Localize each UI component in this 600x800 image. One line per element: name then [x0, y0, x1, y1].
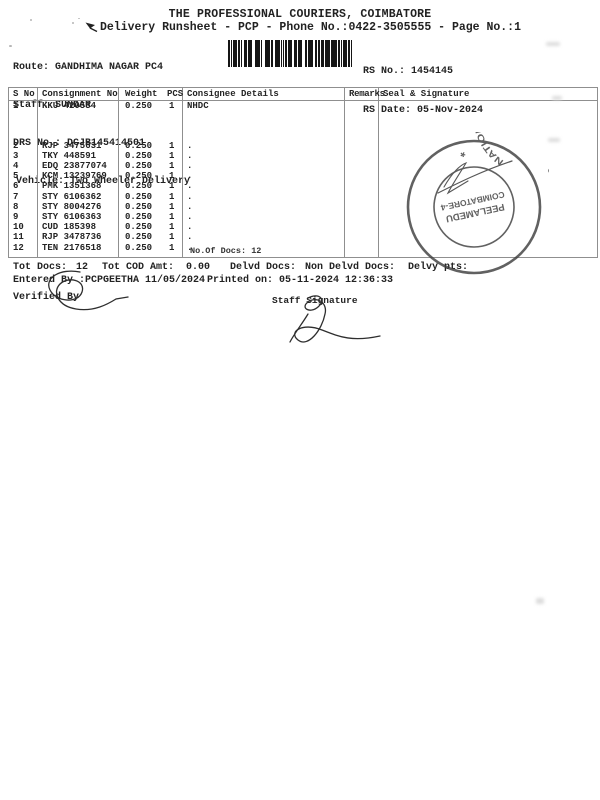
cell-consignee: .	[183, 192, 345, 202]
cell-weight-pcs: 0.2501	[119, 243, 183, 253]
scanned-delivery-runsheet: THE PROFESSIONAL COURIERS, COIMBATORE De…	[0, 0, 600, 800]
cell-weight: 0.250	[123, 212, 163, 222]
cell-sno: 5	[9, 171, 38, 181]
cell-sno: 12	[9, 243, 38, 253]
cell-sno: 3	[9, 151, 38, 161]
cell-consignee: .	[183, 232, 345, 242]
cell-consignment: STY 6106362	[38, 192, 119, 202]
cell-weight: 0.250	[123, 232, 163, 242]
cell-sno: 11	[9, 232, 38, 242]
tot-docs-value: 12	[76, 262, 88, 273]
docs-count-note: No.Of Docs: 12	[190, 246, 261, 256]
cell-weight-pcs: 0.2501	[119, 171, 183, 181]
cell-remarks	[345, 253, 379, 258]
cell-consignee: .	[183, 141, 345, 151]
cell-sno: 7	[9, 192, 38, 202]
stamp-star: *	[458, 145, 467, 161]
tot-cod-value: 0.00	[186, 262, 210, 273]
cell-weight-pcs: 0.2501	[119, 161, 183, 171]
header-consignee: Consignee Details	[183, 88, 345, 101]
cell-sno: 8	[9, 202, 38, 212]
cell-weight: 0.250	[123, 151, 163, 161]
route-label: Route:	[13, 62, 49, 73]
cell-consignment: CUD 185398	[38, 222, 119, 232]
cell-consignment: STY 8004276	[38, 202, 119, 212]
cell-remarks	[345, 222, 379, 232]
verified-by-label: Verified By	[13, 292, 79, 303]
cell-weight-pcs	[119, 253, 183, 258]
rs-no-value: 1454145	[411, 66, 453, 77]
cell-consignee: .	[183, 212, 345, 222]
nhdc-seal-stamp: NATIONAL HANDLOOM DEVELOPMENT CORPN.LTD …	[399, 132, 549, 282]
cell-weight-pcs: 0.2501	[119, 232, 183, 242]
entered-by: Entered By :PCPGEETHA 11/05/2024	[13, 275, 205, 286]
header-weight: Weight	[123, 89, 167, 99]
route-line: Route: GANDHIMA NAGAR PC4	[13, 62, 190, 75]
cell-weight-pcs: 0.2501	[119, 222, 183, 232]
rs-no-label: RS No.:	[363, 66, 405, 77]
cell-remarks	[345, 192, 379, 202]
cell-weight: 0.250	[123, 141, 163, 151]
cell-weight-pcs: 0.2501	[119, 141, 183, 151]
cell-remarks	[345, 101, 379, 141]
cell-consignment: RJP 3475631	[38, 141, 119, 151]
cell-sno: 2	[9, 141, 38, 151]
header-seal: Seal & Signature	[379, 88, 598, 101]
cell-weight-pcs: 0.2501	[119, 192, 183, 202]
cell-weight: 0.250	[123, 161, 163, 171]
cell-consignee: .	[183, 202, 345, 212]
staff-signature-label: Staff Signature	[272, 295, 358, 306]
cell-weight: 0.250	[123, 171, 163, 181]
cell-remarks	[345, 141, 379, 151]
cell-consignee: NHDC	[183, 101, 345, 141]
header-weight-pcs: WeightPCS	[119, 88, 183, 101]
cell-pcs: 1	[163, 202, 174, 212]
cell-consignment: EDQ 23877074	[38, 161, 119, 171]
cell-pcs: 1	[163, 101, 174, 111]
cell-weight: 0.250	[123, 181, 163, 191]
printed-on: Printed on: 05-11-2024 12:36:33	[207, 275, 393, 286]
cell-sno: 6	[9, 181, 38, 191]
cell-remarks	[345, 212, 379, 222]
cell-remarks	[345, 181, 379, 191]
cell-consignment: STY 6106363	[38, 212, 119, 222]
header-sno: S No	[9, 88, 38, 101]
cell-remarks	[345, 151, 379, 161]
entered-printed-line: Entered By :PCPGEETHA 11/05/2024Printed …	[13, 275, 205, 286]
cursor-arrow-icon	[85, 22, 98, 33]
cell-sno: 4	[9, 161, 38, 171]
cell-remarks	[345, 243, 379, 253]
cell-weight: 0.250	[123, 243, 163, 253]
cell-consignment	[38, 253, 119, 258]
cell-consignee: .	[183, 161, 345, 171]
cell-pcs: 1	[163, 151, 174, 161]
route-value: GANDHIMA NAGAR PC4	[55, 62, 163, 73]
cell-pcs: 1	[163, 171, 174, 181]
header-pcs: PCS	[167, 89, 183, 99]
cell-remarks	[345, 161, 379, 171]
cell-pcs: 1	[163, 181, 174, 191]
cell-weight-pcs: 0.2501	[119, 181, 183, 191]
rs-barcode-icon	[228, 40, 354, 67]
cell-consignment: RJP 3478736	[38, 232, 119, 242]
cell-consignee: .	[183, 151, 345, 161]
cell-pcs: 1	[163, 243, 174, 253]
cell-sno: 1	[9, 101, 38, 141]
delvd-docs-label: Delvd Docs:	[230, 262, 296, 273]
cell-consignment: TEN 2176518	[38, 243, 119, 253]
header-remarks: Remarks	[345, 88, 379, 101]
cell-consignee: .	[183, 171, 345, 181]
header-consignment: Consignment No	[38, 88, 119, 101]
cell-weight-pcs: 0.2501	[119, 101, 183, 141]
cell-pcs: 1	[163, 222, 174, 232]
cell-weight: 0.250	[123, 101, 163, 111]
tot-cod-label: Tot COD Amt:	[102, 262, 174, 273]
cell-remarks	[345, 171, 379, 181]
cell-weight-pcs: 0.2501	[119, 151, 183, 161]
cell-consignment: TKY 448591	[38, 151, 119, 161]
table-header-row: S No Consignment No WeightPCS Consignee …	[9, 88, 598, 101]
cell-consignee: .	[183, 181, 345, 191]
cell-weight-pcs: 0.2501	[119, 212, 183, 222]
cell-weight-pcs: 0.2501	[119, 202, 183, 212]
cell-sno: 9	[9, 212, 38, 222]
non-delvd-docs-label: Non Delvd Docs:	[305, 262, 395, 273]
company-title: THE PROFESSIONAL COURIERS, COIMBATORE	[0, 8, 600, 21]
cell-pcs: 1	[163, 232, 174, 242]
cell-sno: 10	[9, 222, 38, 232]
cell-pcs: 1	[163, 192, 174, 202]
cell-pcs: 1	[163, 161, 174, 171]
runsheet-subtitle-row: Delivery Runsheet - PCP - Phone No.:0422…	[85, 21, 521, 34]
cell-consignee: .	[183, 222, 345, 232]
cell-sno	[9, 253, 38, 258]
rs-no-line: RS No.: 1454145	[363, 65, 483, 78]
cell-consignment: PMK 1351368	[38, 181, 119, 191]
cell-weight: 0.250	[123, 202, 163, 212]
cell-weight: 0.250	[123, 222, 163, 232]
cell-consignment: KKU 420534	[38, 101, 119, 141]
cell-remarks	[345, 232, 379, 242]
cell-remarks	[345, 202, 379, 212]
cell-weight: 0.250	[123, 192, 163, 202]
cell-pcs: 1	[163, 141, 174, 151]
cell-pcs: 1	[163, 212, 174, 222]
runsheet-subtitle: Delivery Runsheet - PCP - Phone No.:0422…	[100, 21, 521, 34]
cell-consignment: KCM 13239769	[38, 171, 119, 181]
tot-docs-label: Tot Docs:	[13, 262, 67, 273]
